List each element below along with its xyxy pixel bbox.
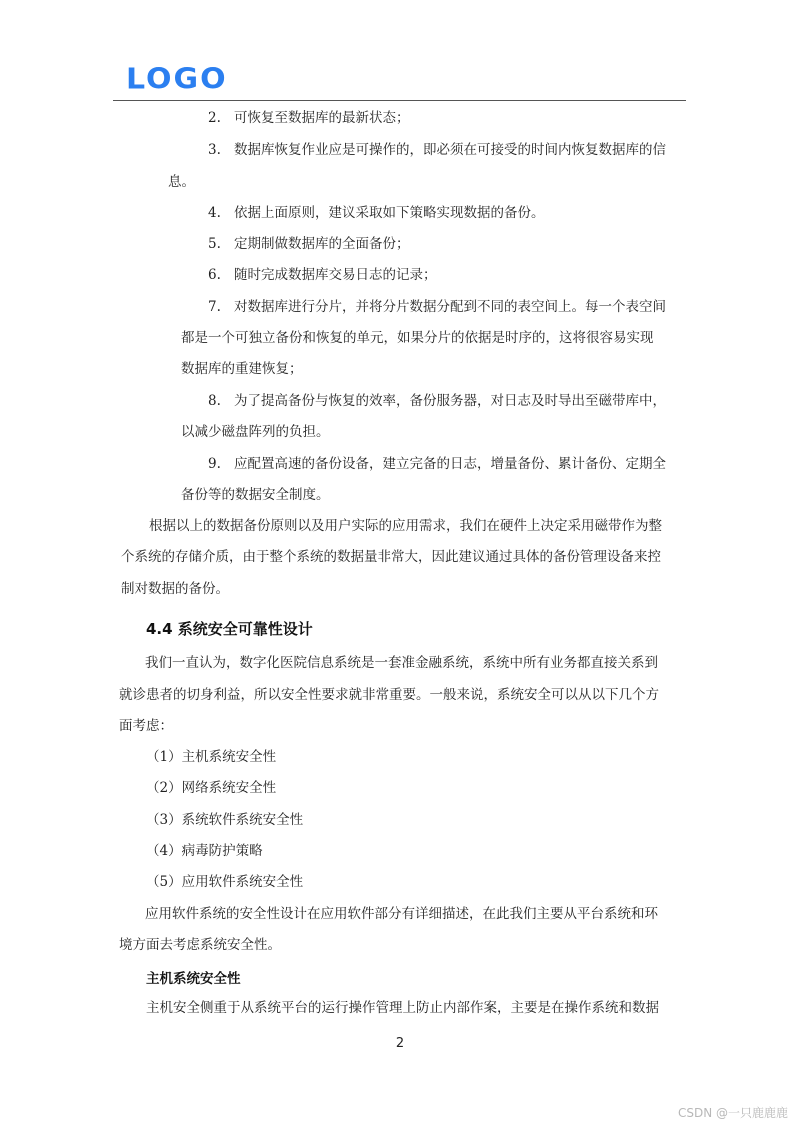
aspect-item: （5）应用软件系统安全性: [146, 872, 303, 892]
list-item: 4.依据上面原则，建议采取如下策略实现数据的备份。: [208, 203, 545, 223]
list-item: 8.为了提高备份与恢复的效率，备份服务器，对日志及时导出至磁带库中，: [208, 391, 666, 411]
paragraph-line: 根据以上的数据备份原则以及用户实际的应用需求，我们在硬件上决定采用磁带作为整: [149, 516, 662, 536]
list-item: 6.随时完成数据库交易日志的记录；: [208, 265, 437, 285]
list-item-continuation: 以减少磁盘阵列的负担。: [181, 422, 330, 442]
paragraph-line: 境方面去考虑系统安全性。: [119, 935, 281, 955]
paragraph-line: 我们一直认为，数字化医院信息系统是一套准金融系统，系统中所有业务都直接关系到: [145, 653, 658, 673]
list-item: 9.应配置高速的备份设备，建立完备的日志，增量备份、累计备份、定期全: [208, 454, 666, 474]
section-heading: 4.4 系统安全可靠性设计: [146, 618, 313, 639]
logo: LOGO: [126, 63, 228, 97]
list-item-continuation: 备份等的数据安全制度。: [181, 485, 330, 505]
paragraph-line: 个系统的存储介质，由于整个系统的数据量非常大，因此建议通过具体的备份管理设备来控: [121, 547, 661, 567]
list-item: 7.对数据库进行分片，并将分片数据分配到不同的表空间上。每一个表空间: [208, 297, 666, 317]
subsection-heading: 主机系统安全性: [146, 967, 241, 987]
list-item: 2.可恢复至数据库的最新状态；: [208, 108, 410, 128]
paragraph-line: 应用软件系统的安全性设计在应用软件部分有详细描述，在此我们主要从平台系统和环: [145, 904, 658, 924]
list-item-continuation: 数据库的重建恢复；: [181, 359, 303, 379]
aspect-item: （2）网络系统安全性: [146, 778, 276, 798]
list-item: 3.数据库恢复作业应是可操作的，即必须在可接受的时间内恢复数据库的信: [208, 140, 666, 160]
watermark: CSDN @一只鹿鹿鹿: [678, 1104, 788, 1121]
list-item-continuation: 息。: [168, 172, 195, 192]
paragraph-line: 主机安全侧重于从系统平台的运行操作管理上防止内部作案，主要是在操作系统和数据: [146, 998, 659, 1018]
aspect-item: （4）病毒防护策略: [146, 841, 263, 861]
aspect-item: （1）主机系统安全性: [146, 747, 276, 767]
page-number: 2: [0, 1036, 800, 1051]
paragraph-line: 就诊患者的切身利益，所以安全性要求就非常重要。一般来说，系统安全可以从以下几个方: [119, 685, 659, 705]
paragraph-line: 面考虑：: [119, 716, 173, 736]
list-item-continuation: 都是一个可独立备份和恢复的单元，如果分片的依据是时序的，这将很容易实现: [181, 328, 654, 348]
list-item: 5.定期制做数据库的全面备份；: [208, 234, 410, 254]
aspect-item: （3）系统软件系统安全性: [146, 810, 303, 830]
paragraph-line: 制对数据的备份。: [121, 579, 229, 599]
header-divider: [113, 100, 686, 101]
